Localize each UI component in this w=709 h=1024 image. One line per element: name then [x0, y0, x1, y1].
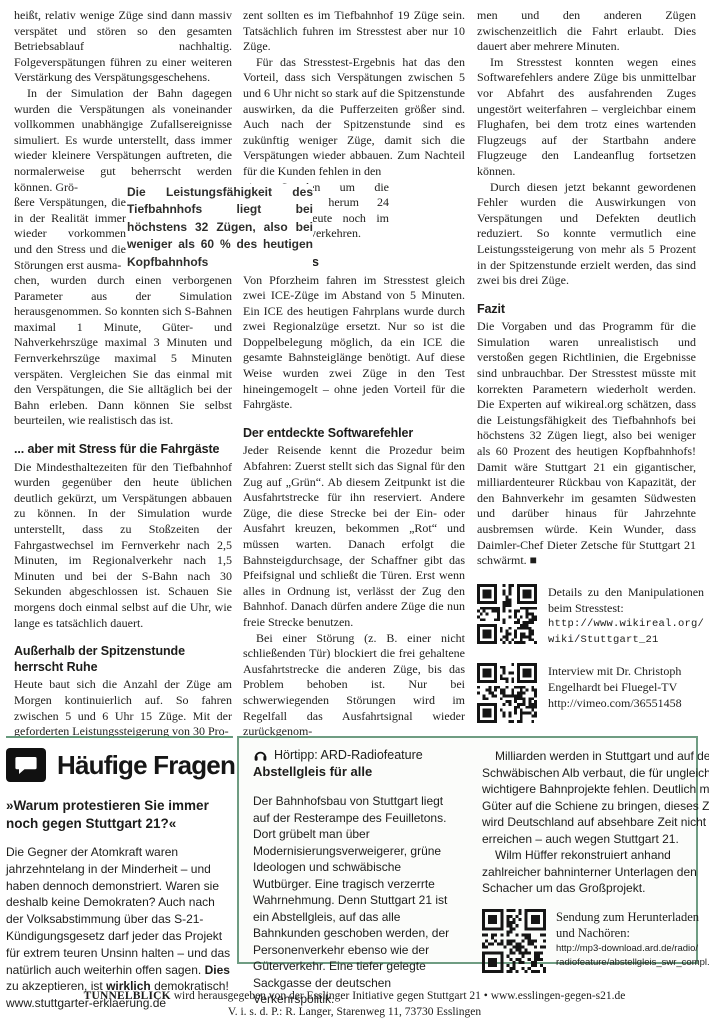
section-heading-stress: ... aber mit Stress für die Fahrgäste: [14, 442, 232, 458]
qr-caption: Sendung zum Herunterladen und Nachören: …: [556, 909, 709, 970]
paragraph: Heute baut sich die Anzahl der Züge am M…: [14, 677, 232, 739]
qr-code: [482, 909, 546, 973]
faq-question: »Warum protestieren Sie immer noch gegen…: [6, 797, 233, 833]
radio-feature-box: Hörtipp: ARD-Radiofeature Abstellgleis f…: [237, 736, 698, 964]
imprint-line1: TUNNELBLICK wird herausgegeben von der E…: [0, 988, 709, 1004]
paragraph: Die Mindesthaltezeiten für den Tiefbahnh…: [14, 460, 232, 632]
section-heading-softwarefehler: Der entdeckte Softwarefehler: [243, 426, 465, 442]
paragraph: heißt, relativ wenige Züge sind dann mas…: [14, 8, 232, 86]
qr-code: [477, 663, 537, 723]
qr-caption-text: und Nachören:: [556, 925, 709, 941]
imprint-line2: V. i. s. d. P.: R. Langer, Starenweg 11,…: [0, 1004, 709, 1020]
headphones-icon: [253, 749, 268, 761]
paragraph: Von Pforzheim fahren im Stresstest gleic…: [243, 273, 465, 413]
vimeo-link[interactable]: http://vimeo.com/36551458: [548, 695, 682, 711]
radio-kicker: Hörtipp: ARD-Radiofeature: [253, 748, 456, 762]
qr-caption: Interview mit Dr. Christoph Engelhardt b…: [548, 663, 682, 711]
paragraph-wrap-left: ßere Verspätungen, die in der Realität i…: [14, 195, 126, 273]
qr-block-vimeo: Interview mit Dr. Christoph Engelhardt b…: [477, 663, 696, 723]
qr-caption: Details zu den Manipulationen beim Stres…: [548, 584, 704, 648]
imprint: TUNNELBLICK wird herausgegeben von der E…: [0, 988, 709, 1020]
faq-answer: Die Gegner der Atomkraft waren jahrzehnt…: [6, 844, 233, 1012]
qr-caption-text: Engelhardt bei Fluegel-TV: [548, 679, 682, 695]
wikireal-link[interactable]: http://www.wikireal.org/: [548, 616, 704, 632]
paragraph: Jeder Reisende kennt die Prozedur beim A…: [243, 443, 465, 630]
newsletter-page: Die Leistungsfähigkeit des Tiefbahnhofs …: [0, 0, 709, 1024]
pull-quote: Die Leistungsfähigkeit des Tiefbahnhofs …: [127, 184, 313, 271]
paragraph: Milliarden werden in Stuttgart und auf d…: [482, 748, 709, 847]
qr-block-wikireal: Details zu den Manipulationen beim Stres…: [477, 584, 696, 648]
mp3-download-link-path[interactable]: radiofeature/abstellgleis_swr_compl.mp3: [556, 957, 709, 970]
radio-box-right-column: Milliarden werden in Stuttgart und auf d…: [482, 748, 709, 954]
faq-answer-text: Die Gegner der Atomkraft waren jahrzehnt…: [6, 845, 230, 977]
radio-kicker-text: Hörtipp: ARD-Radiofeature: [274, 748, 423, 762]
article-column-2: zent sollten es im Tiefbahnhof 19 Züge s…: [243, 8, 465, 740]
faq-title: Häufige Fragen: [57, 750, 235, 781]
faq-answer-bold: Dies: [205, 963, 230, 977]
paragraph: Die Vorgaben und das Programm für die Si…: [477, 319, 696, 569]
faq-header: Häufige Fragen: [6, 748, 233, 782]
qr-code: [477, 584, 537, 644]
speech-bubble-icon: [6, 748, 46, 782]
paragraph: Der Bahnhofsbau von Stuttgart liegt auf …: [253, 793, 456, 1008]
section-heading-fazit: Fazit: [477, 302, 696, 318]
mp3-download-link[interactable]: http://mp3-download.ard.de/radio/: [556, 943, 709, 956]
radio-box-left-column: Hörtipp: ARD-Radiofeature Abstellgleis f…: [253, 748, 456, 954]
qr-caption-text: Sendung zum Herunterladen: [556, 909, 709, 925]
section-heading-spitzenstunde: Außerhalb der Spitzenstunde herrscht Ruh…: [14, 644, 232, 675]
imprint-publisher-text: wird herausgegeben von der Esslinger Ini…: [171, 990, 626, 1002]
paragraph: Bei einer Störung (z. B. einer nicht sch…: [243, 631, 465, 740]
paragraph: Durch diesen jetzt bekannt gewordenen Fe…: [477, 180, 696, 289]
paragraph: Für das Stresstest-Ergebnis hat das den …: [243, 55, 465, 180]
paragraph: Wilm Hüffer rekonstruiert anhand zahlrei…: [482, 847, 709, 897]
qr-caption-text: Interview mit Dr. Christoph: [548, 663, 682, 679]
paragraph: Im Stresstest konnten wegen eines Softwa…: [477, 55, 696, 180]
faq-box: Häufige Fragen »Warum protestieren Sie i…: [6, 736, 233, 1012]
paragraph: In der Simulation der Bahn dagegen wurde…: [14, 86, 232, 195]
article-column-1: heißt, relativ wenige Züge sind dann mas…: [14, 8, 232, 740]
paragraph: zent sollten es im Tiefbahnhof 19 Züge s…: [243, 8, 465, 55]
paragraph: chen, wurden durch einen verborgenen Par…: [14, 273, 232, 429]
wikireal-link-path[interactable]: wiki/Stuttgart_21: [548, 632, 704, 648]
radio-title: Abstellgleis für alle: [253, 764, 456, 779]
qr-block-mp3: Sendung zum Herunterladen und Nachören: …: [482, 909, 709, 973]
qr-caption-text: Details zu den Manipulationen beim Stres…: [548, 585, 704, 615]
paragraph: men und den anderen Zügen zwischenzeitli…: [477, 8, 696, 55]
article-column-3: men und den anderen Zügen zwischenzeitli…: [477, 8, 696, 723]
newsletter-brand: TUNNELBLICK: [84, 990, 171, 1002]
